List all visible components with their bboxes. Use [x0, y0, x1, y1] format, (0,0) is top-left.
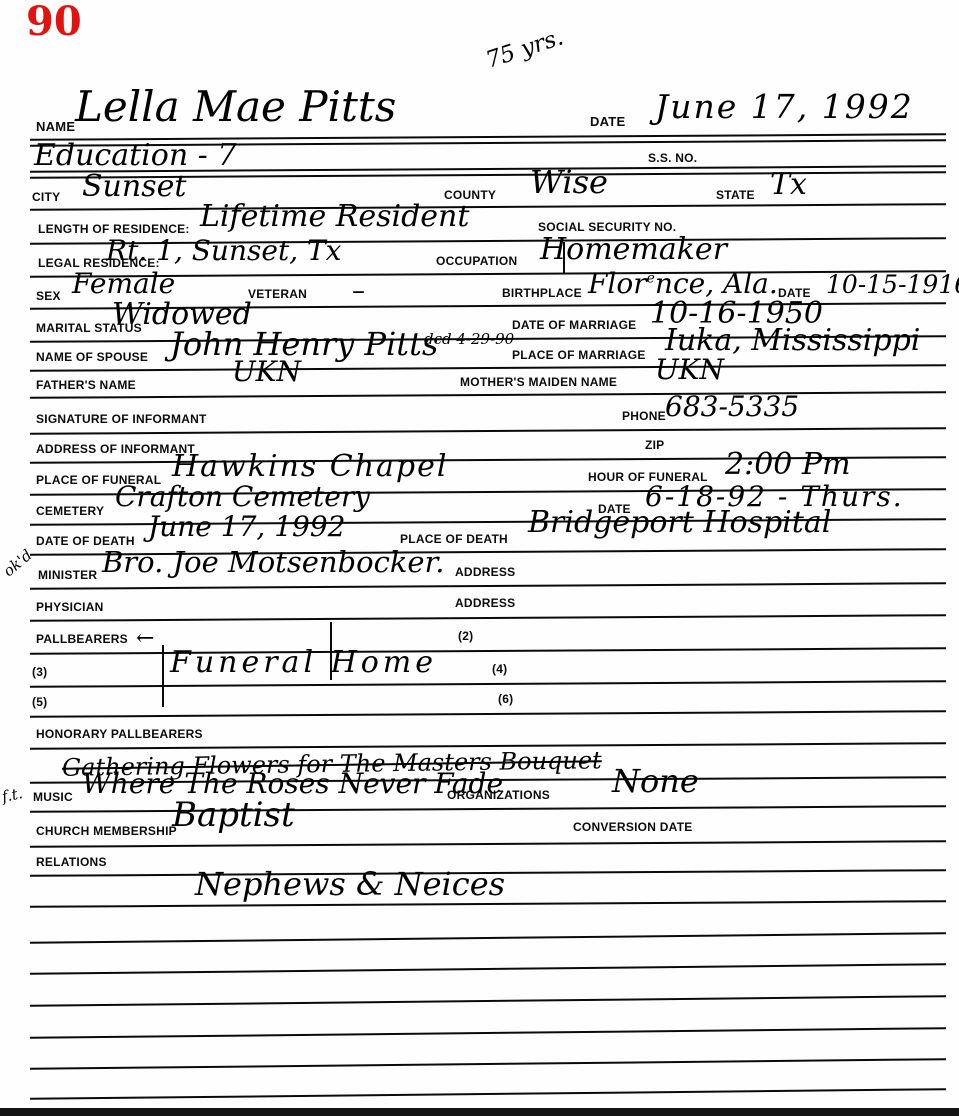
- state-label: STATE: [716, 189, 755, 201]
- rule-pallbearers: [30, 647, 946, 655]
- rule-music: [30, 805, 946, 813]
- phone-label: PHONE: [622, 410, 666, 422]
- birthplace-value: Florence, Ala.: [588, 270, 778, 298]
- blank-line-2: [30, 963, 946, 975]
- pallbearer-6-label: (6): [498, 693, 513, 705]
- page-number: 90: [26, 2, 82, 42]
- place-of-death-value: Bridgeport Hospital: [528, 508, 831, 538]
- rule-pallbearers-56: [30, 710, 946, 718]
- funeral-record-form: 90 75 yrs. NAME Lella Mae Pitts DATE Jun…: [0, 0, 959, 1116]
- city-value: Sunset: [82, 172, 186, 202]
- birth-date-value: 10-15-1916: [826, 272, 959, 297]
- cemetery-label: CEMETERY: [36, 505, 104, 517]
- rule-minister: [30, 582, 946, 590]
- spouse-label: NAME OF SPOUSE: [36, 351, 148, 363]
- place-of-funeral-value: Hawkins Chapel: [172, 452, 448, 482]
- conversion-date-label: CONVERSION DATE: [573, 821, 693, 833]
- rule-city: [30, 203, 946, 211]
- place-of-marriage-label: PLACE OF MARRIAGE: [512, 349, 646, 361]
- rule-parents: [30, 391, 946, 399]
- pallbearer-3-label: (3): [32, 666, 47, 678]
- birthplace-label: BIRTHPLACE: [502, 287, 582, 299]
- sex-value: Female: [72, 270, 175, 298]
- spouse-value: John Henry Pitts: [170, 328, 438, 360]
- rule-informant: [30, 427, 946, 435]
- pallbearer-4-label: (4): [492, 663, 507, 675]
- cemetery-value: Crafton Cemetery: [115, 483, 370, 511]
- music-value: Where The Roses Never Fade: [82, 770, 503, 798]
- veteran-value: –: [352, 278, 365, 304]
- fathers-name-value: UKN: [232, 358, 301, 386]
- hour-of-funeral-value: 2:00 Pm: [725, 450, 851, 480]
- blank-line-4: [30, 1027, 946, 1039]
- occupation-value: Homemaker: [540, 235, 727, 265]
- relations-value: Nephews & Neices: [195, 868, 505, 900]
- rule-spouse: [30, 364, 946, 372]
- signature-of-informant-label: SIGNATURE OF INFORMANT: [36, 413, 207, 425]
- mothers-maiden-name-value: UKN: [655, 356, 724, 384]
- county-value: Wise: [530, 166, 608, 198]
- education-value: Education - 7: [34, 141, 236, 171]
- length-of-residence-value: Lifetime Resident: [200, 202, 469, 232]
- place-of-marriage-value: Iuka, Mississippi: [665, 326, 920, 356]
- pallbearers-value: Funeral Home: [170, 648, 437, 678]
- legal-residence-value: Rt. 1, Sunset, Tx: [106, 237, 341, 265]
- blank-line-6: [30, 1088, 946, 1100]
- minister-label: MINISTER: [38, 569, 97, 581]
- pallbearer-2-label: (2): [458, 630, 473, 642]
- physician-label: PHYSICIAN: [36, 601, 104, 613]
- music-margin-note: f.t.: [1, 786, 24, 805]
- ssno-label: S.S. NO.: [648, 152, 697, 164]
- date-of-marriage-label: DATE OF MARRIAGE: [512, 319, 636, 331]
- fathers-name-label: FATHER'S NAME: [36, 379, 136, 391]
- church-membership-label: CHURCH MEMBERSHIP: [36, 825, 177, 837]
- phone-value: 683-5335: [665, 393, 799, 421]
- bracket-line-left: [162, 645, 164, 707]
- date-value: June 17, 1992: [655, 90, 914, 123]
- birthplace-pre: Flor: [588, 267, 647, 300]
- city-label: CITY: [32, 191, 60, 203]
- age-annotation: 75 yrs.: [483, 26, 566, 72]
- blank-line-1: [30, 932, 946, 944]
- minister-margin-note: ok'd: [1, 548, 35, 580]
- name-value: Lella Mae Pitts: [75, 86, 396, 128]
- pallbearers-label: PALLBEARERS: [36, 633, 128, 645]
- church-membership-value: Baptist: [172, 798, 295, 832]
- sex-label: SEX: [36, 290, 61, 302]
- name-label: NAME: [36, 120, 75, 133]
- scan-bottom-edge: [0, 1108, 959, 1116]
- organizations-value: None: [612, 765, 699, 797]
- minister-address-label: ADDRESS: [455, 566, 515, 578]
- organizations-label: ORGANIZATIONS: [447, 789, 550, 801]
- rule-physician: [30, 614, 946, 622]
- pallbearer-5-label: (5): [32, 696, 47, 708]
- spouse-deceased-note: dcd 4-29-90: [424, 332, 514, 347]
- rule-pallbearers-34: [30, 680, 946, 688]
- occupation-label: OCCUPATION: [436, 255, 517, 267]
- mothers-maiden-name-label: MOTHER'S MAIDEN NAME: [460, 376, 617, 388]
- physician-address-label: ADDRESS: [455, 597, 515, 609]
- minister-value: Bro. Joe Motsenbocker.: [102, 548, 444, 577]
- zip-label: ZIP: [645, 439, 664, 451]
- place-of-death-label: PLACE OF DEATH: [400, 533, 508, 545]
- music-label: MUSIC: [33, 791, 73, 803]
- veteran-label: VETERAN: [248, 288, 307, 300]
- blank-line-5: [30, 1058, 946, 1070]
- pallbearer-arrow: ←: [136, 628, 154, 650]
- honorary-pallbearers-label: HONORARY PALLBEARERS: [36, 728, 203, 740]
- birthplace-correction: e: [647, 271, 655, 287]
- state-value: Tx: [770, 170, 807, 200]
- blank-line-3: [30, 995, 946, 1007]
- date-of-death-value: June 17, 1992: [148, 513, 345, 541]
- relations-label: RELATIONS: [36, 856, 107, 868]
- rule-church: [30, 840, 946, 848]
- date-label: DATE: [590, 115, 625, 128]
